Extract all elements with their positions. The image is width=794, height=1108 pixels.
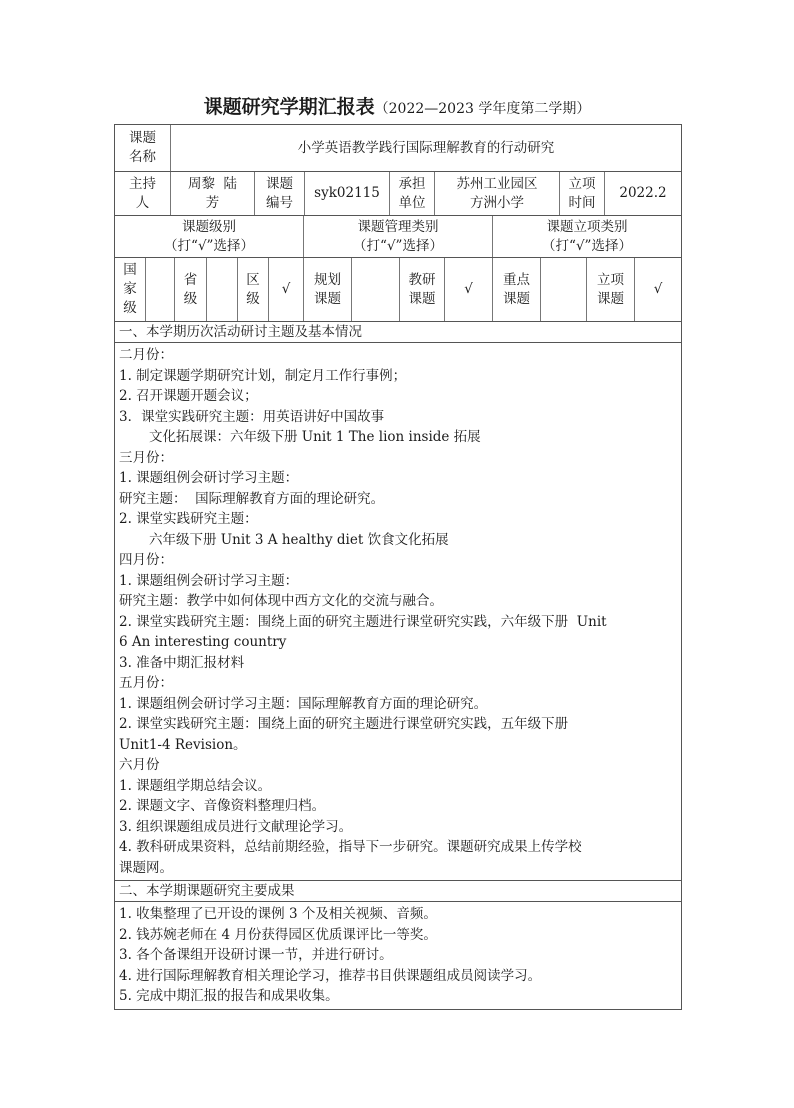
option-district-label: 区级 [238,258,269,321]
option-planning-mark[interactable] [352,258,400,321]
list-item: 六月份 [119,755,677,776]
list-item: 研究主题：教学中如何体现中西方文化的交流与融合。 [119,591,677,612]
list-item: Unit1-4 Revision。 [119,735,677,756]
date-label: 立项时间 [560,172,605,215]
unit-label: 承担单位 [390,172,435,215]
section2-heading: 二、本学期课题研究主要成果 [115,881,681,901]
list-item: 2. 课堂实践研究主题：围绕上面的研究主题进行课堂研究实践，六年级下册 Unit [119,612,677,633]
category-header-row: 课题级别（打“√”选择） 课题管理类别（打“√”选择） 课题立项类别（打“√”选… [114,216,682,258]
option-teaching-research-label: 教研课题 [400,258,445,321]
section1-heading: 一、本学期历次活动研讨主题及基本情况 [115,322,681,342]
list-item: 3. 准备中期汇报材料 [119,653,677,674]
list-item: 5. 完成中期汇报的报告和成果收集。 [119,986,677,1007]
list-item: 2. 课堂实践研究主题：围绕上面的研究主题进行课堂研究实践，五年级下册 [119,714,677,735]
unit-value: 苏州工业园区方洲小学 [435,172,560,215]
option-teaching-research-mark[interactable]: √ [445,258,493,321]
section1-heading-row: 一、本学期历次活动研讨主题及基本情况 [114,322,682,343]
list-item: 2. 课堂实践研究主题： [119,509,677,530]
list-item: 五月份： [119,673,677,694]
option-provincial-mark[interactable] [207,258,238,321]
category-approval: 课题立项类别（打“√”选择） [493,216,681,257]
list-item: 课题网。 [119,858,677,879]
list-item: 研究主题： 国际理解教育方面的理论研究。 [119,489,677,510]
host-label: 主持人 [115,172,171,215]
category-management: 课题管理类别（打“√”选择） [304,216,493,257]
report-table: 课题名称 小学英语教学践行国际理解教育的行动研究 主持人 周黎 陆芳 课题编号 … [114,124,682,1010]
option-key-label: 重点课题 [493,258,541,321]
list-item: 1. 制定课题学期研究计划，制定月工作行事例； [119,366,677,387]
option-national-mark[interactable] [146,258,175,321]
list-item: 4. 教科研成果资料，总结前期经验，指导下一步研究。课题研究成果上传学校 [119,837,677,858]
option-provincial-label: 省级 [175,258,207,321]
option-planning-label: 规划课题 [304,258,352,321]
list-item: 2. 钱苏婉老师在 4 月份获得园区优质课评比一等奖。 [119,925,677,946]
section1-content: 二月份：1. 制定课题学期研究计划，制定月工作行事例；2. 召开课题开题会议；3… [114,343,682,881]
list-item: 1. 课题组例会研讨学习主题：国际理解教育方面的理论研究。 [119,694,677,715]
document-title: 课题研究学期汇报表（2022—2023 学年度第二学期） [0,92,794,119]
list-item: 3. 各个备课组开设研讨课一节，并进行研讨。 [119,945,677,966]
list-item: 4. 进行国际理解教育相关理论学习，推荐书目供课题组成员阅读学习。 [119,966,677,987]
list-item: 1. 课题组例会研讨学习主题： [119,468,677,489]
list-item: 四月份： [119,550,677,571]
options-row: 国家级 省级 区级 √ 规划课题 教研课题 √ 重点课题 立项课题 √ [114,258,682,322]
list-item: 1. 课题组学期总结会议。 [119,776,677,797]
section2-lines: 1. 收集整理了已开设的课例 3 个及相关视频、音频。2. 钱苏婉老师在 4 月… [115,902,681,1009]
option-approved-mark[interactable]: √ [635,258,681,321]
host-value: 周黎 陆芳 [171,172,255,215]
list-item: 三月份： [119,448,677,469]
info-row: 主持人 周黎 陆芳 课题编号 syk02115 承担单位 苏州工业园区方洲小学 … [114,172,682,216]
title-main: 课题研究学期汇报表 [204,96,375,118]
option-approved-label: 立项课题 [587,258,635,321]
list-item: 1. 收集整理了已开设的课例 3 个及相关视频、音频。 [119,904,677,925]
list-item: 3. 组织课题组成员进行文献理论学习。 [119,817,677,838]
section1-lines: 二月份：1. 制定课题学期研究计划，制定月工作行事例；2. 召开课题开题会议；3… [115,343,681,880]
list-item: 2. 召开课题开题会议； [119,386,677,407]
section2-content: 1. 收集整理了已开设的课例 3 个及相关视频、音频。2. 钱苏婉老师在 4 月… [114,902,682,1010]
list-item: 6 An interesting country [119,632,677,653]
category-level: 课题级别（打“√”选择） [115,216,304,257]
code-label: 课题编号 [255,172,305,215]
list-item: 1. 课题组例会研讨学习主题： [119,571,677,592]
topic-label: 课题名称 [115,125,171,171]
list-item: 2. 课题文字、音像资料整理归档。 [119,796,677,817]
option-district-mark[interactable]: √ [269,258,304,321]
list-item: 文化拓展课：六年级下册 Unit 1 The lion inside 拓展 [119,427,677,448]
title-term: （2022—2023 学年度第二学期） [375,101,591,117]
option-national-label: 国家级 [115,258,146,321]
option-key-mark[interactable] [541,258,587,321]
list-item: 六年级下册 Unit 3 A healthy diet 饮食文化拓展 [119,530,677,551]
date-value: 2022.2 [605,172,681,215]
section2-heading-row: 二、本学期课题研究主要成果 [114,881,682,902]
code-value: syk02115 [305,172,390,215]
list-item: 3．课堂实践研究主题：用英语讲好中国故事 [119,407,677,428]
topic-row: 课题名称 小学英语教学践行国际理解教育的行动研究 [114,124,682,172]
topic-value: 小学英语教学践行国际理解教育的行动研究 [171,125,681,171]
list-item: 二月份： [119,345,677,366]
